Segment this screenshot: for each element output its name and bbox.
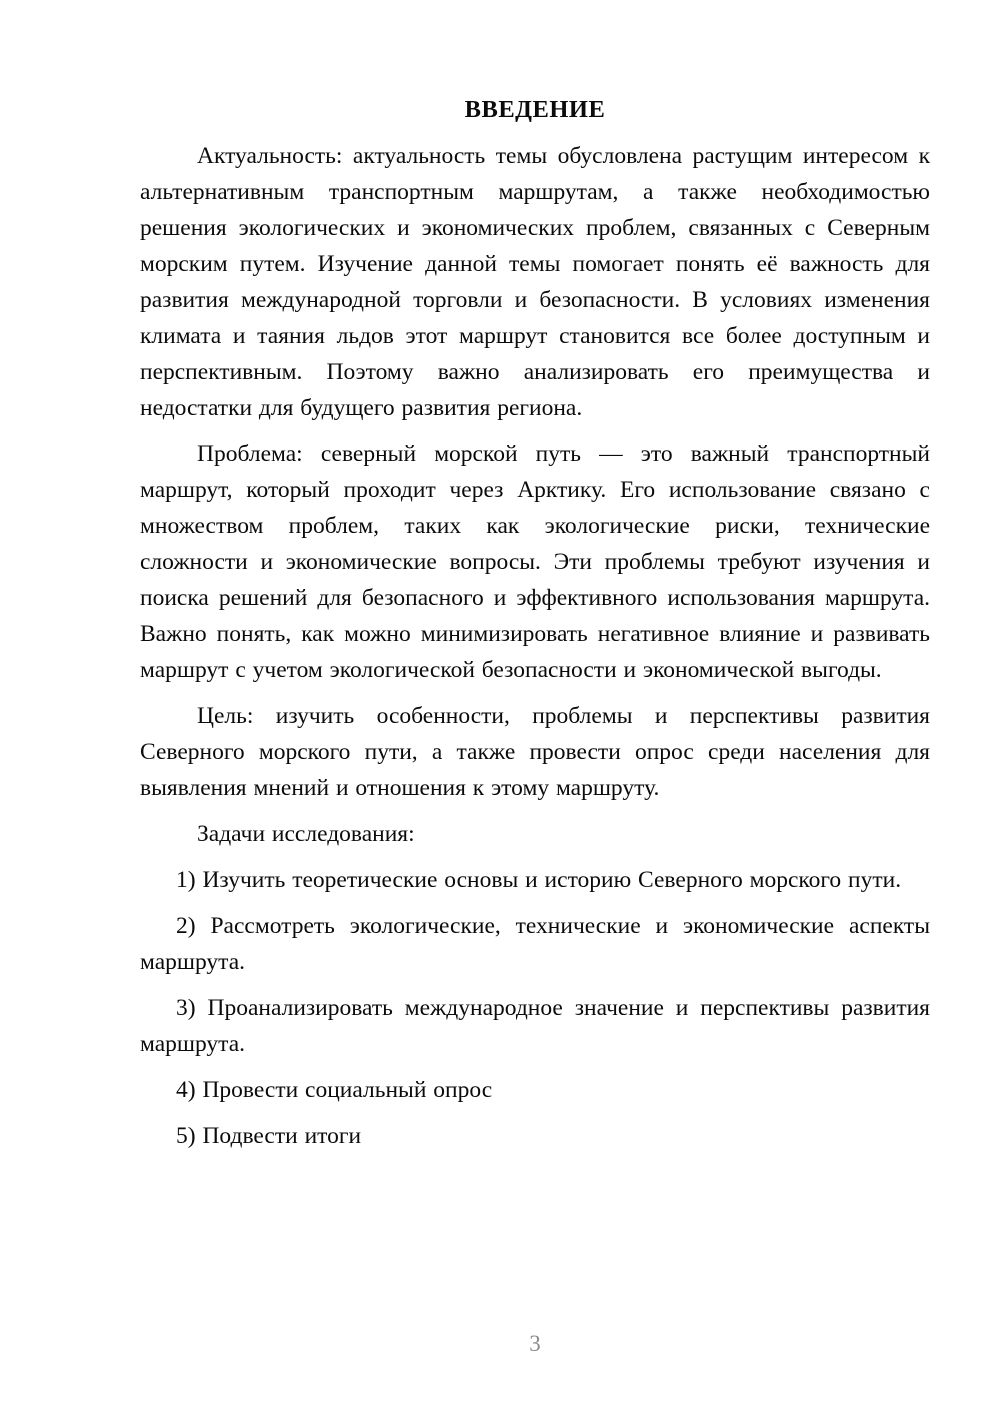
- section-title: ВВЕДЕНИЕ: [140, 92, 930, 128]
- paragraph-problem: Проблема: северный морской путь — это ва…: [140, 436, 930, 688]
- paragraph-goal: Цель: изучить особенности, проблемы и пе…: [140, 698, 930, 806]
- task-item-2: 2) Рассмотреть экологические, технически…: [140, 908, 930, 980]
- task-item-3: 3) Проанализировать международное значен…: [140, 990, 930, 1062]
- page-content: ВВЕДЕНИЕ Актуальность: актуальность темы…: [140, 92, 930, 1164]
- task-item-5: 5) Подвести итоги: [140, 1118, 930, 1154]
- task-item-1: 1) Изучить теоретические основы и истори…: [140, 862, 930, 898]
- page-number: 3: [140, 1330, 930, 1358]
- task-item-4: 4) Провести социальный опрос: [140, 1072, 930, 1108]
- paragraph-relevance: Актуальность: актуальность темы обусловл…: [140, 138, 930, 426]
- paragraph-tasks-heading: Задачи исследования:: [140, 816, 930, 852]
- document-page: ВВЕДЕНИЕ Актуальность: актуальность темы…: [0, 0, 1000, 1414]
